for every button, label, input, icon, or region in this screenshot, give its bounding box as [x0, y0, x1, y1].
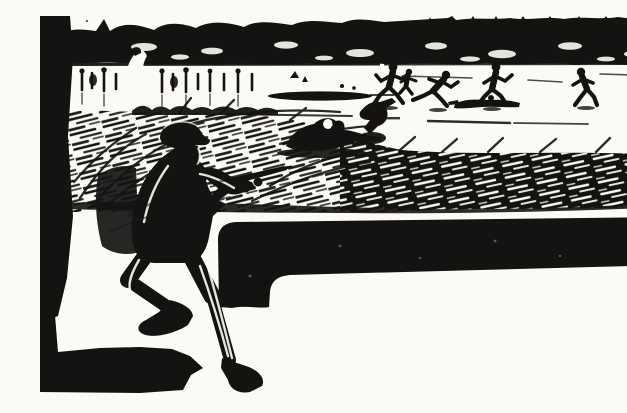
- illustration: [40, 16, 627, 397]
- engraving-scene: [40, 16, 627, 397]
